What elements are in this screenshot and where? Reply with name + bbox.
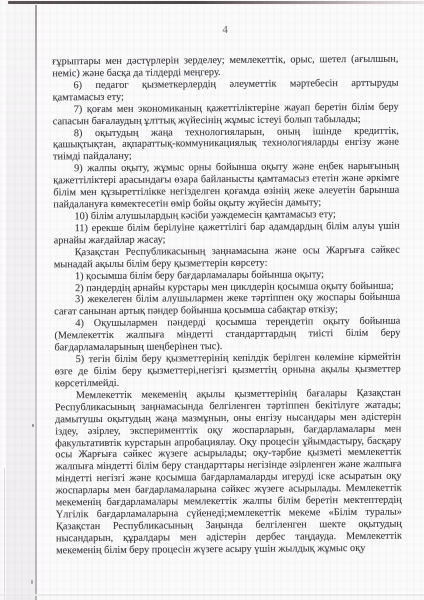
- paragraph: 9) жалпы оқыту, жұмыс орны бойынша оқыту…: [53, 161, 399, 211]
- paragraph: 7) қоғам мен экономиканың қажеттіліктері…: [53, 101, 399, 128]
- scan-left-streak: [4, 468, 5, 600]
- document-body: ғұрыптары мен дәстүрлерін зерделеу; мемл…: [52, 54, 402, 557]
- scan-top-edge-shadow: [8, 1, 424, 4]
- paragraph: Мемлекеттік мекеменің ақылы қызметтеріні…: [55, 387, 402, 557]
- paragraph: 8) оқытудың жаңа технологияларын, оның і…: [53, 125, 399, 163]
- scan-bottom-streak: [0, 594, 424, 596]
- paragraph: 4) Оқушылармен пәндерді қосымша тереңдет…: [54, 316, 400, 354]
- paragraph: ғұрыптары мен дәстүрлерін зерделеу; мемл…: [52, 54, 398, 81]
- paragraph: 5) тегін білім беру қызметтерінің кепілд…: [55, 352, 401, 390]
- scan-speck: [32, 424, 34, 427]
- scanned-document-page: 4 ғұрыптары мен дәстүрлерін зерделеу; ме…: [0, 0, 424, 600]
- page-content: 4 ғұрыптары мен дәстүрлерін зерделеу; ме…: [52, 23, 402, 557]
- paragraph: 3) жекелеген білім алушылармен жеке тәрт…: [54, 292, 400, 319]
- page-fold-line: [35, 5, 37, 600]
- paragraph: Қазақстан Республикасының заңнамасына жә…: [54, 244, 400, 271]
- scan-speck: [31, 580, 33, 584]
- page-number: 4: [52, 23, 398, 38]
- paragraph: 11) ерекше білім берілуіне қажеттілігі б…: [54, 221, 400, 248]
- paragraph: 6) педагог қызметкерлердің әлеуметтік мә…: [52, 77, 398, 104]
- scan-left-margin-shade: [6, 0, 36, 600]
